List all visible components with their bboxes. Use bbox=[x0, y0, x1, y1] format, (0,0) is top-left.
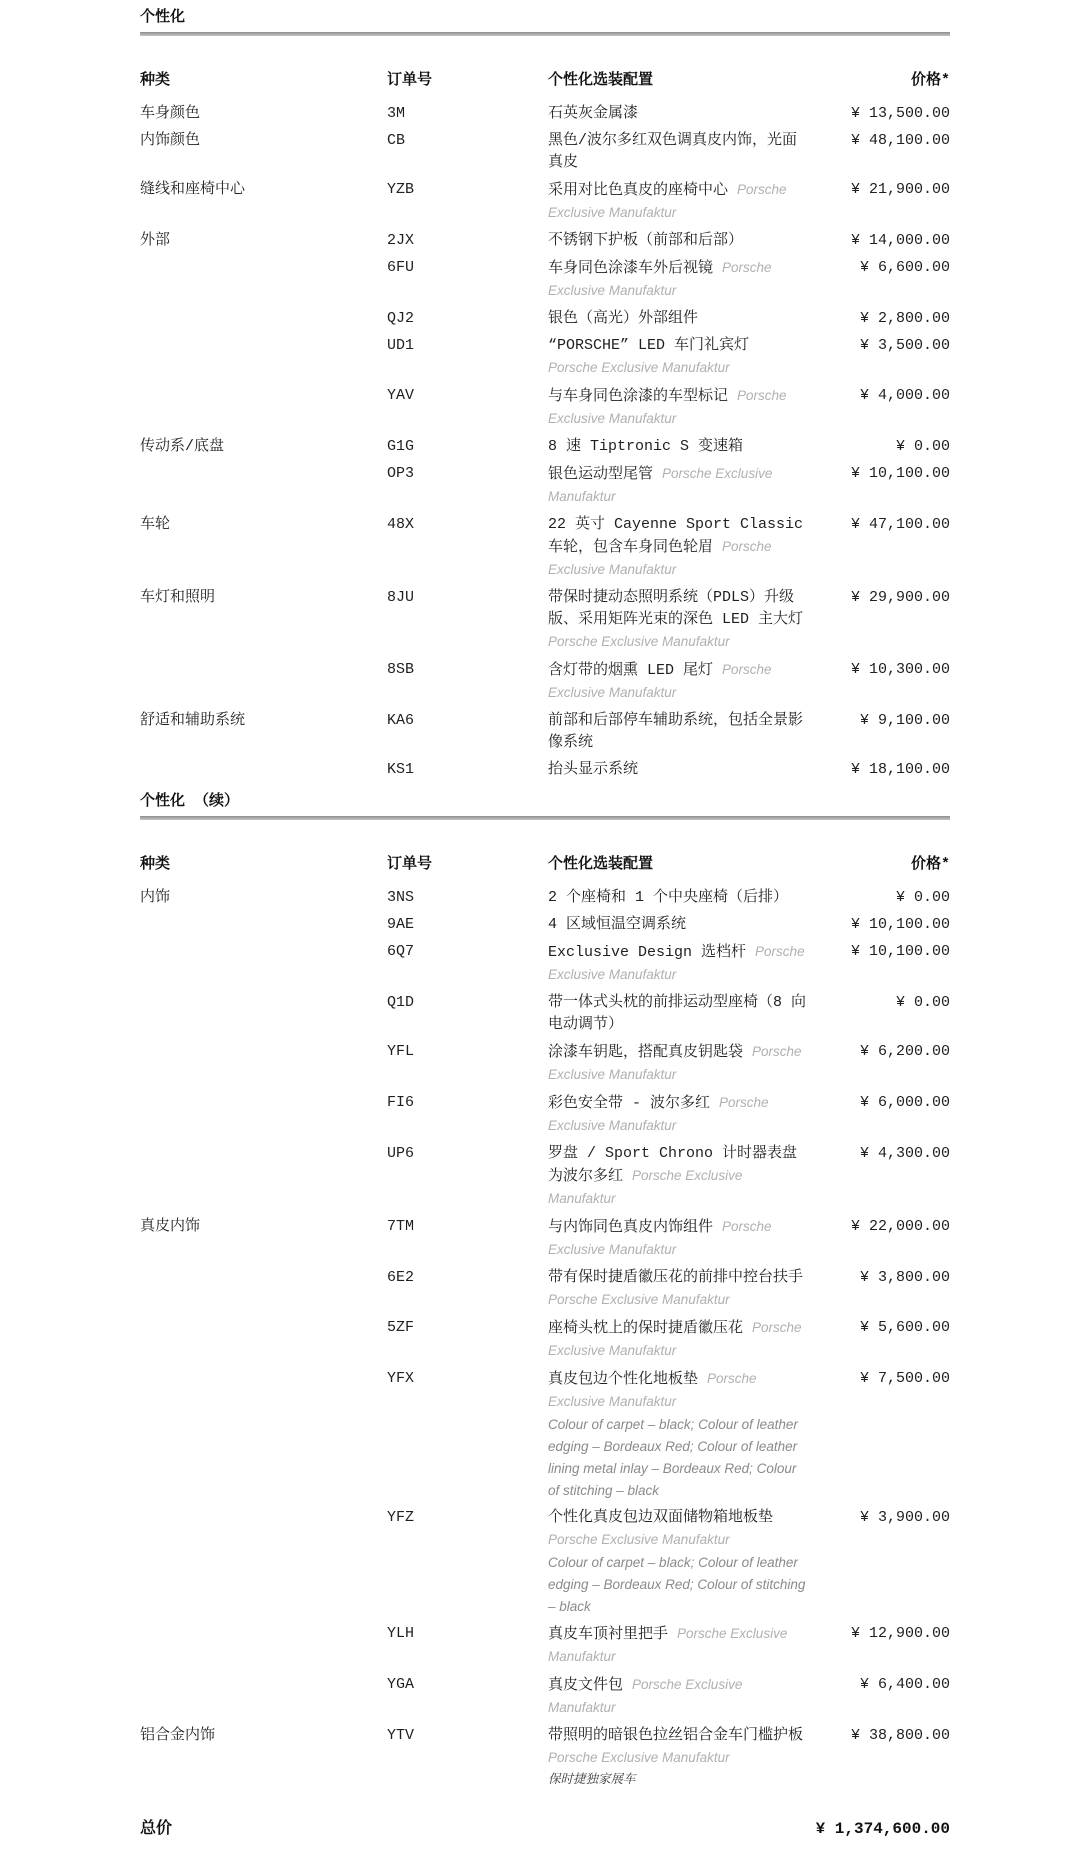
option-cell: 个性化真皮包边双面储物箱地板垫 Porsche Exclusive Manufa… bbox=[548, 1507, 810, 1618]
option-row: 外部2JX不锈钢下护板（前部和后部）¥ 14,000.00 bbox=[140, 230, 950, 252]
option-description: “PORSCHE” LED 车门礼宾灯 bbox=[548, 337, 749, 354]
option-cell: 带一体式头枕的前排运动型座椅（8 向电动调节） bbox=[548, 992, 810, 1036]
order-code-cell: YFZ bbox=[387, 1507, 548, 1618]
price-cell: ¥ 3,500.00 bbox=[810, 335, 950, 380]
order-code-cell: 8SB bbox=[387, 659, 548, 705]
order-code-cell: YFL bbox=[387, 1041, 548, 1087]
option-row: KS1抬头显示系统¥ 18,100.00 bbox=[140, 759, 950, 781]
order-code-cell: OP3 bbox=[387, 463, 548, 509]
price-cell: ¥ 47,100.00 bbox=[810, 514, 950, 582]
column-header-option: 个性化选装配置 bbox=[548, 854, 810, 876]
option-rows: 车身颜色3M石英灰金属漆¥ 13,500.00内饰颜色CB黑色/波尔多红双色调真… bbox=[140, 103, 950, 781]
order-code-cell: 6FU bbox=[387, 257, 548, 303]
category-cell: 车轮 bbox=[140, 514, 387, 582]
column-header-order-number: 订单号 bbox=[387, 70, 548, 92]
price-cell: ¥ 4,300.00 bbox=[810, 1143, 950, 1211]
option-description: Exclusive Design 选档杆 bbox=[548, 944, 746, 961]
price-cell: ¥ 12,900.00 bbox=[810, 1623, 950, 1669]
price-cell: ¥ 0.00 bbox=[810, 887, 950, 909]
column-header-price: 价格* bbox=[810, 854, 950, 876]
price-cell: ¥ 6,600.00 bbox=[810, 257, 950, 303]
option-description: 带照明的暗银色拉丝铝合金车门槛护板 bbox=[548, 1727, 803, 1744]
option-cell: 带保时捷动态照明系统（PDLS）升级版、采用矩阵光束的深色 LED 主大灯 Po… bbox=[548, 587, 810, 654]
manufaktur-badge: Porsche Exclusive Manufaktur bbox=[548, 360, 730, 375]
option-cell: 真皮包边个性化地板垫 Porsche Exclusive ManufakturC… bbox=[548, 1368, 810, 1502]
category-cell bbox=[140, 914, 387, 936]
section-divider bbox=[140, 32, 950, 36]
option-description: 真皮文件包 bbox=[548, 1677, 623, 1694]
category-cell bbox=[140, 941, 387, 987]
price-cell: ¥ 13,500.00 bbox=[810, 103, 950, 125]
option-description: 含灯带的烟熏 LED 尾灯 bbox=[548, 662, 713, 679]
option-description: 采用对比色真皮的座椅中心 bbox=[548, 182, 728, 199]
price-cell: ¥ 14,000.00 bbox=[810, 230, 950, 252]
option-row: YAV与车身同色涂漆的车型标记 Porsche Exclusive Manufa… bbox=[140, 385, 950, 431]
column-header-order-number: 订单号 bbox=[387, 854, 548, 876]
price-cell: ¥ 10,100.00 bbox=[810, 463, 950, 509]
option-row: 8SB含灯带的烟熏 LED 尾灯 Porsche Exclusive Manuf… bbox=[140, 659, 950, 705]
order-code-cell: YFX bbox=[387, 1368, 548, 1502]
price-cell: ¥ 29,900.00 bbox=[810, 587, 950, 654]
order-code-cell: 7TM bbox=[387, 1216, 548, 1262]
category-cell bbox=[140, 1317, 387, 1363]
price-cell: ¥ 6,000.00 bbox=[810, 1092, 950, 1138]
category-cell bbox=[140, 659, 387, 705]
option-rows: 内饰3NS2 个座椅和 1 个中央座椅（后排）¥ 0.009AE4 区域恒温空调… bbox=[140, 887, 950, 1791]
order-code-cell: 6E2 bbox=[387, 1267, 548, 1312]
table-header: 种类 订单号 个性化选装配置 价格* bbox=[140, 854, 950, 876]
order-code-cell: UP6 bbox=[387, 1143, 548, 1211]
category-cell bbox=[140, 1041, 387, 1087]
order-code-cell: G1G bbox=[387, 436, 548, 458]
option-row: 6E2带有保时捷盾徽压花的前排中控台扶手 Porsche Exclusive M… bbox=[140, 1267, 950, 1312]
section-title: 个性化 bbox=[140, 8, 950, 27]
option-description: 4 区域恒温空调系统 bbox=[548, 916, 686, 933]
price-cell: ¥ 3,900.00 bbox=[810, 1507, 950, 1618]
option-description: 与内饰同色真皮内饰组件 bbox=[548, 1219, 713, 1236]
option-cell: 带有保时捷盾徽压花的前排中控台扶手 Porsche Exclusive Manu… bbox=[548, 1267, 810, 1312]
option-cell: 抬头显示系统 bbox=[548, 759, 810, 781]
option-description: 真皮车顶衬里把手 bbox=[548, 1626, 668, 1643]
option-description: 涂漆车钥匙，搭配真皮钥匙袋 bbox=[548, 1044, 743, 1061]
category-cell bbox=[140, 1507, 387, 1618]
section-divider bbox=[140, 816, 950, 820]
category-cell bbox=[140, 1267, 387, 1312]
option-description: 银色运动型尾管 bbox=[548, 466, 653, 483]
option-description: 座椅头枕上的保时捷盾徽压花 bbox=[548, 1320, 743, 1337]
total-label: 总价 bbox=[140, 1818, 816, 1840]
option-description: 带有保时捷盾徽压花的前排中控台扶手 bbox=[548, 1269, 803, 1286]
category-cell: 真皮内饰 bbox=[140, 1216, 387, 1262]
option-description: 前部和后部停车辅助系统，包括全景影像系统 bbox=[548, 712, 803, 751]
option-colour-note: Colour of carpet – black; Colour of leat… bbox=[548, 1414, 806, 1502]
option-description: 不锈钢下护板（前部和后部） bbox=[548, 232, 743, 249]
option-row: 内饰颜色CB黑色/波尔多红双色调真皮内饰，光面真皮¥ 48,100.00 bbox=[140, 130, 950, 174]
option-row: 缝线和座椅中心YZB采用对比色真皮的座椅中心 Porsche Exclusive… bbox=[140, 179, 950, 225]
price-cell: ¥ 3,800.00 bbox=[810, 1267, 950, 1312]
order-code-cell: KA6 bbox=[387, 710, 548, 754]
option-row: 铝合金内饰YTV带照明的暗银色拉丝铝合金车门槛护板 Porsche Exclus… bbox=[140, 1725, 950, 1791]
order-code-cell: 5ZF bbox=[387, 1317, 548, 1363]
order-code-cell: CB bbox=[387, 130, 548, 174]
option-description: 带一体式头枕的前排运动型座椅（8 向电动调节） bbox=[548, 994, 806, 1033]
option-row: YLH真皮车顶衬里把手 Porsche Exclusive Manufaktur… bbox=[140, 1623, 950, 1669]
category-cell bbox=[140, 759, 387, 781]
price-cell: ¥ 22,000.00 bbox=[810, 1216, 950, 1262]
option-cell: 石英灰金属漆 bbox=[548, 103, 810, 125]
table-header: 种类 订单号 个性化选装配置 价格* bbox=[140, 70, 950, 92]
option-cell: 8 速 Tiptronic S 变速箱 bbox=[548, 436, 810, 458]
manufaktur-badge: Porsche Exclusive Manufaktur bbox=[548, 1532, 730, 1547]
category-cell: 铝合金内饰 bbox=[140, 1725, 387, 1791]
option-cell: 真皮文件包 Porsche Exclusive Manufaktur bbox=[548, 1674, 810, 1720]
price-cell: ¥ 6,400.00 bbox=[810, 1674, 950, 1720]
option-description: 2 个座椅和 1 个中央座椅（后排） bbox=[548, 889, 788, 906]
option-description: 石英灰金属漆 bbox=[548, 105, 638, 122]
price-cell: ¥ 0.00 bbox=[810, 436, 950, 458]
option-description: 8 速 Tiptronic S 变速箱 bbox=[548, 438, 743, 455]
option-row: UP6罗盘 / Sport Chrono 计时器表盘为波尔多红 Porsche … bbox=[140, 1143, 950, 1211]
manufaktur-badge: Porsche Exclusive Manufaktur bbox=[548, 1292, 730, 1307]
option-row: UD1“PORSCHE” LED 车门礼宾灯 Porsche Exclusive… bbox=[140, 335, 950, 380]
option-cell: 与车身同色涂漆的车型标记 Porsche Exclusive Manufaktu… bbox=[548, 385, 810, 431]
column-header-price: 价格* bbox=[810, 70, 950, 92]
option-cell: 不锈钢下护板（前部和后部） bbox=[548, 230, 810, 252]
price-cell: ¥ 7,500.00 bbox=[810, 1368, 950, 1502]
option-row: 6FU车身同色涂漆车外后视镜 Porsche Exclusive Manufak… bbox=[140, 257, 950, 303]
option-cell: 4 区域恒温空调系统 bbox=[548, 914, 810, 936]
price-cell: ¥ 9,100.00 bbox=[810, 710, 950, 754]
option-row: 传动系/底盘G1G8 速 Tiptronic S 变速箱¥ 0.00 bbox=[140, 436, 950, 458]
section-personalization-continued: 个性化 （续） 种类 订单号 个性化选装配置 价格* 内饰3NS2 个座椅和 1… bbox=[140, 792, 950, 1796]
option-cell: 与内饰同色真皮内饰组件 Porsche Exclusive Manufaktur bbox=[548, 1216, 810, 1262]
column-header-option: 个性化选装配置 bbox=[548, 70, 810, 92]
section-title: 个性化 （续） bbox=[140, 792, 950, 811]
price-cell: ¥ 18,100.00 bbox=[810, 759, 950, 781]
option-row: OP3银色运动型尾管 Porsche Exclusive Manufaktur¥… bbox=[140, 463, 950, 509]
option-cell: Exclusive Design 选档杆 Porsche Exclusive M… bbox=[548, 941, 810, 987]
category-cell bbox=[140, 1674, 387, 1720]
order-code-cell: FI6 bbox=[387, 1092, 548, 1138]
option-description: 真皮包边个性化地板垫 bbox=[548, 1371, 698, 1388]
manufaktur-badge: Porsche Exclusive Manufaktur bbox=[548, 1750, 730, 1765]
order-code-cell: 2JX bbox=[387, 230, 548, 252]
total-price: ¥ 1,374,600.00 bbox=[816, 1818, 950, 1840]
price-cell: ¥ 38,800.00 bbox=[810, 1725, 950, 1791]
category-cell: 车灯和照明 bbox=[140, 587, 387, 654]
option-row: 真皮内饰7TM与内饰同色真皮内饰组件 Porsche Exclusive Man… bbox=[140, 1216, 950, 1262]
order-code-cell: 8JU bbox=[387, 587, 548, 654]
total-row: 总价 ¥ 1,374,600.00 bbox=[140, 1818, 950, 1840]
category-cell: 缝线和座椅中心 bbox=[140, 179, 387, 225]
order-code-cell: 3NS bbox=[387, 887, 548, 909]
category-cell bbox=[140, 1092, 387, 1138]
order-code-cell: YTV bbox=[387, 1725, 548, 1791]
category-cell bbox=[140, 257, 387, 303]
option-cell: 涂漆车钥匙，搭配真皮钥匙袋 Porsche Exclusive Manufakt… bbox=[548, 1041, 810, 1087]
order-code-cell: YLH bbox=[387, 1623, 548, 1669]
section-personalization: 个性化 种类 订单号 个性化选装配置 价格* 车身颜色3M石英灰金属漆¥ 13,… bbox=[140, 8, 950, 786]
column-header-category: 种类 bbox=[140, 70, 387, 92]
order-code-cell: 9AE bbox=[387, 914, 548, 936]
option-row: FI6彩色安全带 - 波尔多红 Porsche Exclusive Manufa… bbox=[140, 1092, 950, 1138]
price-cell: ¥ 48,100.00 bbox=[810, 130, 950, 174]
option-row: YFZ个性化真皮包边双面储物箱地板垫 Porsche Exclusive Man… bbox=[140, 1507, 950, 1618]
option-cell: 车身同色涂漆车外后视镜 Porsche Exclusive Manufaktur bbox=[548, 257, 810, 303]
category-cell bbox=[140, 385, 387, 431]
option-cell: “PORSCHE” LED 车门礼宾灯 Porsche Exclusive Ma… bbox=[548, 335, 810, 380]
option-row: 6Q7Exclusive Design 选档杆 Porsche Exclusiv… bbox=[140, 941, 950, 987]
price-cell: ¥ 21,900.00 bbox=[810, 179, 950, 225]
order-code-cell: Q1D bbox=[387, 992, 548, 1036]
option-row: 车轮48X22 英寸 Cayenne Sport Classic 车轮，包含车身… bbox=[140, 514, 950, 582]
order-code-cell: 6Q7 bbox=[387, 941, 548, 987]
price-cell: ¥ 0.00 bbox=[810, 992, 950, 1036]
option-row: 车身颜色3M石英灰金属漆¥ 13,500.00 bbox=[140, 103, 950, 125]
category-cell: 传动系/底盘 bbox=[140, 436, 387, 458]
category-cell bbox=[140, 1623, 387, 1669]
option-cell: 黑色/波尔多红双色调真皮内饰，光面真皮 bbox=[548, 130, 810, 174]
option-cell: 2 个座椅和 1 个中央座椅（后排） bbox=[548, 887, 810, 909]
option-description: 银色（高光）外部组件 bbox=[548, 310, 698, 327]
category-cell bbox=[140, 1368, 387, 1502]
option-row: YGA真皮文件包 Porsche Exclusive Manufaktur¥ 6… bbox=[140, 1674, 950, 1720]
price-cell: ¥ 2,800.00 bbox=[810, 308, 950, 330]
option-note-cn: 保时捷独家展车 bbox=[548, 1770, 806, 1791]
price-cell: ¥ 5,600.00 bbox=[810, 1317, 950, 1363]
category-cell bbox=[140, 308, 387, 330]
option-description: 车身同色涂漆车外后视镜 bbox=[548, 260, 713, 277]
option-cell: 罗盘 / Sport Chrono 计时器表盘为波尔多红 Porsche Exc… bbox=[548, 1143, 810, 1211]
option-cell: 含灯带的烟熏 LED 尾灯 Porsche Exclusive Manufakt… bbox=[548, 659, 810, 705]
category-cell: 车身颜色 bbox=[140, 103, 387, 125]
option-description: 彩色安全带 - 波尔多红 bbox=[548, 1095, 710, 1112]
option-cell: 银色运动型尾管 Porsche Exclusive Manufaktur bbox=[548, 463, 810, 509]
option-row: YFL涂漆车钥匙，搭配真皮钥匙袋 Porsche Exclusive Manuf… bbox=[140, 1041, 950, 1087]
option-row: 9AE4 区域恒温空调系统¥ 10,100.00 bbox=[140, 914, 950, 936]
order-code-cell: KS1 bbox=[387, 759, 548, 781]
order-code-cell: UD1 bbox=[387, 335, 548, 380]
option-cell: 前部和后部停车辅助系统，包括全景影像系统 bbox=[548, 710, 810, 754]
option-cell: 带照明的暗银色拉丝铝合金车门槛护板 Porsche Exclusive Manu… bbox=[548, 1725, 810, 1791]
order-code-cell: QJ2 bbox=[387, 308, 548, 330]
option-row: 车灯和照明8JU带保时捷动态照明系统（PDLS）升级版、采用矩阵光束的深色 LE… bbox=[140, 587, 950, 654]
price-cell: ¥ 4,000.00 bbox=[810, 385, 950, 431]
option-cell: 银色（高光）外部组件 bbox=[548, 308, 810, 330]
category-cell bbox=[140, 1143, 387, 1211]
price-cell: ¥ 10,100.00 bbox=[810, 941, 950, 987]
price-cell: ¥ 6,200.00 bbox=[810, 1041, 950, 1087]
manufaktur-badge: Porsche Exclusive Manufaktur bbox=[548, 634, 730, 649]
option-description: 与车身同色涂漆的车型标记 bbox=[548, 388, 728, 405]
category-cell bbox=[140, 992, 387, 1036]
order-code-cell: 3M bbox=[387, 103, 548, 125]
option-row: YFX真皮包边个性化地板垫 Porsche Exclusive Manufakt… bbox=[140, 1368, 950, 1502]
category-cell: 外部 bbox=[140, 230, 387, 252]
category-cell: 舒适和辅助系统 bbox=[140, 710, 387, 754]
order-code-cell: YAV bbox=[387, 385, 548, 431]
option-description: 抬头显示系统 bbox=[548, 761, 638, 778]
column-header-category: 种类 bbox=[140, 854, 387, 876]
category-cell bbox=[140, 463, 387, 509]
option-description: 带保时捷动态照明系统（PDLS）升级版、采用矩阵光束的深色 LED 主大灯 bbox=[548, 589, 803, 628]
price-cell: ¥ 10,300.00 bbox=[810, 659, 950, 705]
option-row: 5ZF座椅头枕上的保时捷盾徽压花 Porsche Exclusive Manuf… bbox=[140, 1317, 950, 1363]
order-code-cell: 48X bbox=[387, 514, 548, 582]
option-row: QJ2银色（高光）外部组件¥ 2,800.00 bbox=[140, 308, 950, 330]
option-description: 黑色/波尔多红双色调真皮内饰，光面真皮 bbox=[548, 132, 797, 171]
configuration-price-document: 个性化 种类 订单号 个性化选装配置 价格* 车身颜色3M石英灰金属漆¥ 13,… bbox=[0, 0, 1080, 1862]
option-cell: 真皮车顶衬里把手 Porsche Exclusive Manufaktur bbox=[548, 1623, 810, 1669]
option-row: 舒适和辅助系统KA6前部和后部停车辅助系统，包括全景影像系统¥ 9,100.00 bbox=[140, 710, 950, 754]
option-description: 个性化真皮包边双面储物箱地板垫 bbox=[548, 1509, 773, 1526]
option-colour-note: Colour of carpet – black; Colour of leat… bbox=[548, 1552, 806, 1618]
price-cell: ¥ 10,100.00 bbox=[810, 914, 950, 936]
order-code-cell: YGA bbox=[387, 1674, 548, 1720]
category-cell bbox=[140, 335, 387, 380]
option-row: 内饰3NS2 个座椅和 1 个中央座椅（后排）¥ 0.00 bbox=[140, 887, 950, 909]
category-cell: 内饰 bbox=[140, 887, 387, 909]
category-cell: 内饰颜色 bbox=[140, 130, 387, 174]
option-cell: 22 英寸 Cayenne Sport Classic 车轮，包含车身同色轮眉 … bbox=[548, 514, 810, 582]
option-cell: 采用对比色真皮的座椅中心 Porsche Exclusive Manufaktu… bbox=[548, 179, 810, 225]
option-cell: 彩色安全带 - 波尔多红 Porsche Exclusive Manufaktu… bbox=[548, 1092, 810, 1138]
order-code-cell: YZB bbox=[387, 179, 548, 225]
option-row: Q1D带一体式头枕的前排运动型座椅（8 向电动调节）¥ 0.00 bbox=[140, 992, 950, 1036]
option-cell: 座椅头枕上的保时捷盾徽压花 Porsche Exclusive Manufakt… bbox=[548, 1317, 810, 1363]
